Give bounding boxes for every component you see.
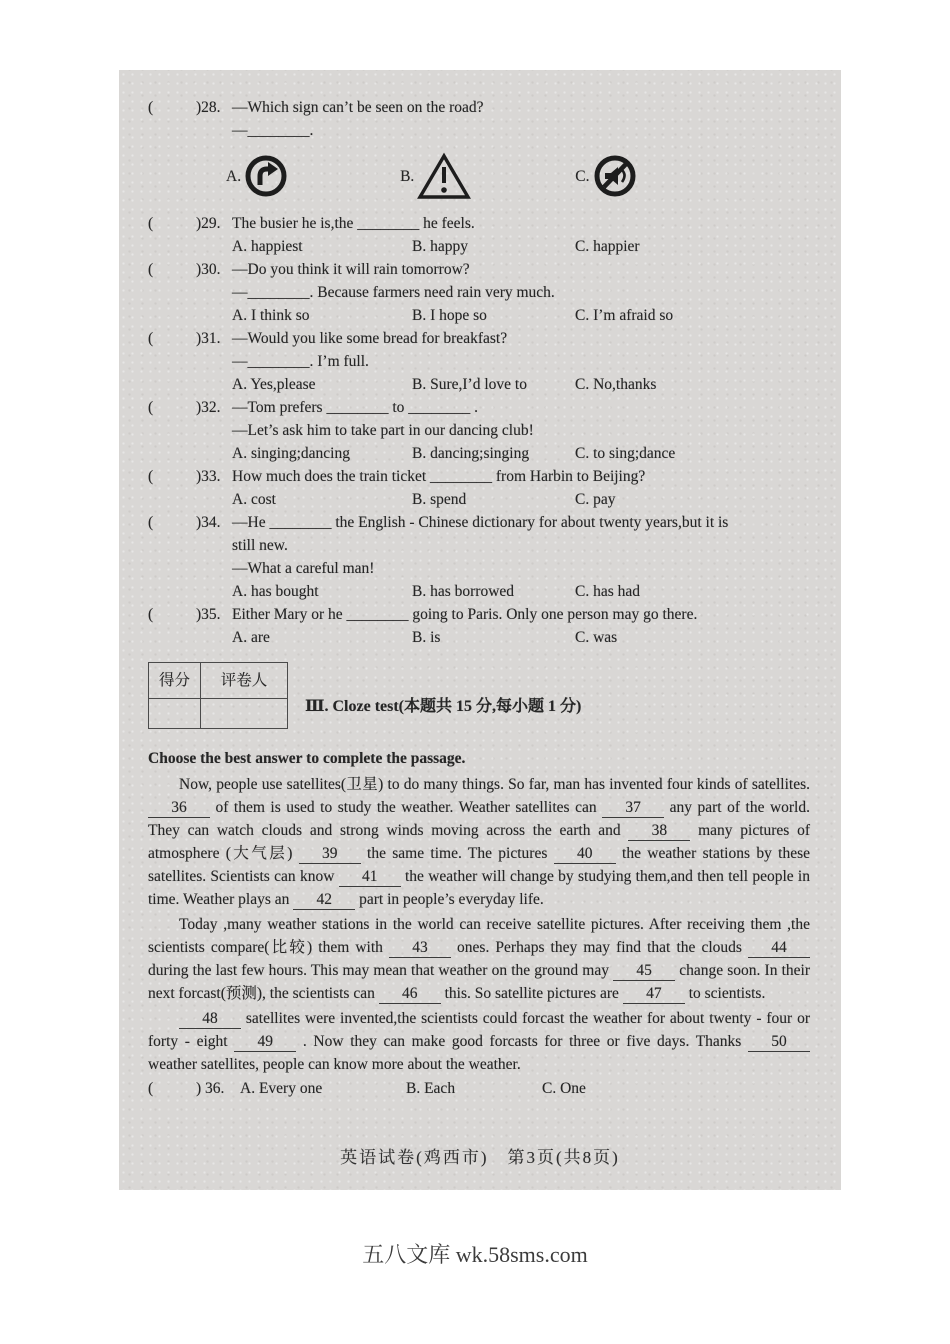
sign-option-a: A. <box>226 154 288 198</box>
question-28-signs: A. B. C. <box>148 147 810 205</box>
turn-right-sign-icon <box>244 154 288 198</box>
score-cell-empty <box>149 699 201 729</box>
option-b: B. is <box>412 626 575 649</box>
cloze-text: the same time. The pictures <box>361 845 554 862</box>
option-b: B. happy <box>412 235 575 258</box>
cloze-blank-40: 40 <box>554 845 616 864</box>
question-number: )35. <box>196 603 232 626</box>
question-36-options-row: ( ) 36. A. Every one B. Each C. One <box>148 1077 810 1100</box>
question-number: ) 36. <box>196 1077 240 1100</box>
section-title: Ⅲ. Cloze test(本题共 15 分,每小题 1 分) <box>305 695 581 729</box>
scanned-exam-sheet: ( )28. —Which sign can’t be seen on the … <box>119 70 841 1190</box>
option-c: C. No,thanks <box>575 373 810 396</box>
question-32: ( )32. —Tom prefers ________ to ________… <box>148 396 810 419</box>
question-text: —Tom prefers ________ to ________ . <box>232 396 810 419</box>
cloze-blank-49: 49 <box>234 1033 296 1052</box>
answer-paren: ( <box>148 465 196 488</box>
cloze-text: of them is used to study the weather. We… <box>210 799 602 816</box>
option-a: A. I think so <box>232 304 412 327</box>
option-a: A. singing;dancing <box>232 442 412 465</box>
cloze-blank-38: 38 <box>628 822 690 841</box>
question-29-options: A. happiest B. happy C. happier <box>232 235 810 258</box>
option-c: C. was <box>575 626 810 649</box>
answer-paren: ( <box>148 212 196 235</box>
cloze-blank-39: 39 <box>299 845 361 864</box>
question-32-options: A. singing;dancing B. dancing;singing C.… <box>232 442 810 465</box>
question-text: —Would you like some bread for breakfast… <box>232 327 810 350</box>
question-35: ( )35. Either Mary or he ________ going … <box>148 603 810 626</box>
exam-page: ( )28. —Which sign can’t be seen on the … <box>0 0 950 1344</box>
cloze-text: ones. Perhaps they may find that the clo… <box>451 939 748 956</box>
question-number: )31. <box>196 327 232 350</box>
option-c: C. to sing;dance <box>575 442 810 465</box>
cloze-text: . Now they can make good forcasts for th… <box>296 1033 748 1050</box>
question-number: )30. <box>196 258 232 281</box>
cloze-text: during the last few hours. This may mean… <box>148 962 613 979</box>
page-footer: 英语试卷(鸡西市) 第3页(共8页) <box>119 1143 841 1168</box>
answer-paren: ( <box>148 396 196 419</box>
question-30-line2: —________. Because farmers need rain ver… <box>232 281 810 304</box>
warning-sign-icon <box>417 152 471 200</box>
option-a: A. cost <box>232 488 412 511</box>
grader-label: 评卷人 <box>201 663 288 699</box>
answer-paren: ( <box>148 258 196 281</box>
question-text: —He ________ the English - Chinese dicti… <box>232 511 810 534</box>
answer-paren: ( <box>148 511 196 534</box>
option-a: A. Every one <box>240 1077 406 1100</box>
score-label: 得分 <box>149 663 201 699</box>
question-30: ( )30. —Do you think it will rain tomorr… <box>148 258 810 281</box>
sign-c-label: C. <box>575 165 589 188</box>
option-b: B. Each <box>406 1077 542 1100</box>
option-a: A. Yes,please <box>232 373 412 396</box>
question-35-options: A. are B. is C. was <box>232 626 810 649</box>
question-34-options: A. has bought B. has borrowed C. has had <box>232 580 810 603</box>
question-number: )33. <box>196 465 232 488</box>
cloze-blank-43: 43 <box>389 939 451 958</box>
question-text: The busier he is,the ________ he feels. <box>232 212 810 235</box>
answer-paren: ( <box>148 96 196 119</box>
option-b: B. I hope so <box>412 304 575 327</box>
option-c: C. I’m afraid so <box>575 304 810 327</box>
question-number: )28. <box>196 96 232 119</box>
cloze-blank-41: 41 <box>339 868 401 887</box>
option-a: A. happiest <box>232 235 412 258</box>
cloze-blank-47: 47 <box>623 985 685 1004</box>
option-c: C. pay <box>575 488 810 511</box>
cloze-blank-45: 45 <box>613 962 675 981</box>
question-29: ( )29. The busier he is,the ________ he … <box>148 212 810 235</box>
option-b: B. Sure,I’d love to <box>412 373 575 396</box>
exam-content: ( )28. —Which sign can’t be seen on the … <box>148 96 810 1100</box>
cloze-paragraph-2: Today ,many weather stations in the worl… <box>148 913 810 1005</box>
option-c: C. happier <box>575 235 810 258</box>
question-33: ( )33. How much does the train ticket __… <box>148 465 810 488</box>
sign-a-label: A. <box>226 165 241 188</box>
sign-option-b: B. <box>400 152 471 200</box>
option-c: C. One <box>542 1077 810 1100</box>
option-b: B. dancing;singing <box>412 442 575 465</box>
no-horn-sign-icon <box>593 154 637 198</box>
option-a: A. are <box>232 626 412 649</box>
question-31-options: A. Yes,please B. Sure,I’d love to C. No,… <box>232 373 810 396</box>
question-34-line3: —What a careful man! <box>232 557 810 580</box>
option-c: C. has had <box>575 580 810 603</box>
grader-cell-empty <box>201 699 288 729</box>
cloze-blank-46: 46 <box>379 985 441 1004</box>
sign-b-label: B. <box>400 165 414 188</box>
question-31: ( )31. —Would you like some bread for br… <box>148 327 810 350</box>
question-text: Either Mary or he ________ going to Pari… <box>232 603 810 626</box>
cloze-blank-48: 48 <box>179 1010 241 1029</box>
question-34-line2: still new. <box>232 534 810 557</box>
question-number: )32. <box>196 396 232 419</box>
answer-paren: ( <box>148 603 196 626</box>
sign-option-c: C. <box>575 154 636 198</box>
question-34: ( )34. —He ________ the English - Chines… <box>148 511 810 534</box>
cloze-blank-42: 42 <box>293 891 355 910</box>
question-text: How much does the train ticket ________ … <box>232 465 810 488</box>
question-31-line2: —________. I’m full. <box>232 350 810 373</box>
cloze-text: weather satellites, people can know more… <box>148 1056 521 1073</box>
cloze-blank-50: 50 <box>748 1033 810 1052</box>
question-28-line2: —________. <box>232 119 810 142</box>
question-text: —Which sign can’t be seen on the road? <box>232 96 810 119</box>
answer-paren: ( <box>148 327 196 350</box>
question-number: )34. <box>196 511 232 534</box>
section-header-row: 得分 评卷人 Ⅲ. Cloze test(本题共 15 分,每小题 1 分) <box>148 662 810 729</box>
cloze-paragraph-1: Now, people use satellites(卫星) to do man… <box>148 773 810 911</box>
cloze-blank-36: 36 <box>148 799 210 818</box>
cloze-text: to scientists. <box>685 985 766 1002</box>
watermark-text: 五八文库 wk.58sms.com <box>0 1238 950 1269</box>
question-number: )29. <box>196 212 232 235</box>
cloze-blank-44: 44 <box>748 939 810 958</box>
option-b: B. has borrowed <box>412 580 575 603</box>
cloze-text: part in people’s everyday life. <box>355 891 544 908</box>
cloze-paragraph-3: 48 satellites were invented,the scientis… <box>148 1007 810 1076</box>
answer-paren: ( <box>148 1077 196 1100</box>
cloze-text: Now, people use satellites(卫星) to do man… <box>179 776 810 793</box>
question-text: —Do you think it will rain tomorrow? <box>232 258 810 281</box>
question-30-options: A. I think so B. I hope so C. I’m afraid… <box>232 304 810 327</box>
option-b: B. spend <box>412 488 575 511</box>
cloze-text: this. So satellite pictures are <box>441 985 623 1002</box>
option-a: A. has bought <box>232 580 412 603</box>
question-33-options: A. cost B. spend C. pay <box>232 488 810 511</box>
question-28: ( )28. —Which sign can’t be seen on the … <box>148 96 810 119</box>
score-box: 得分 评卷人 <box>148 662 288 729</box>
cloze-blank-37: 37 <box>602 799 664 818</box>
question-32-line2: —Let’s ask him to take part in our danci… <box>232 419 810 442</box>
cloze-instructions: Choose the best answer to complete the p… <box>148 747 810 770</box>
